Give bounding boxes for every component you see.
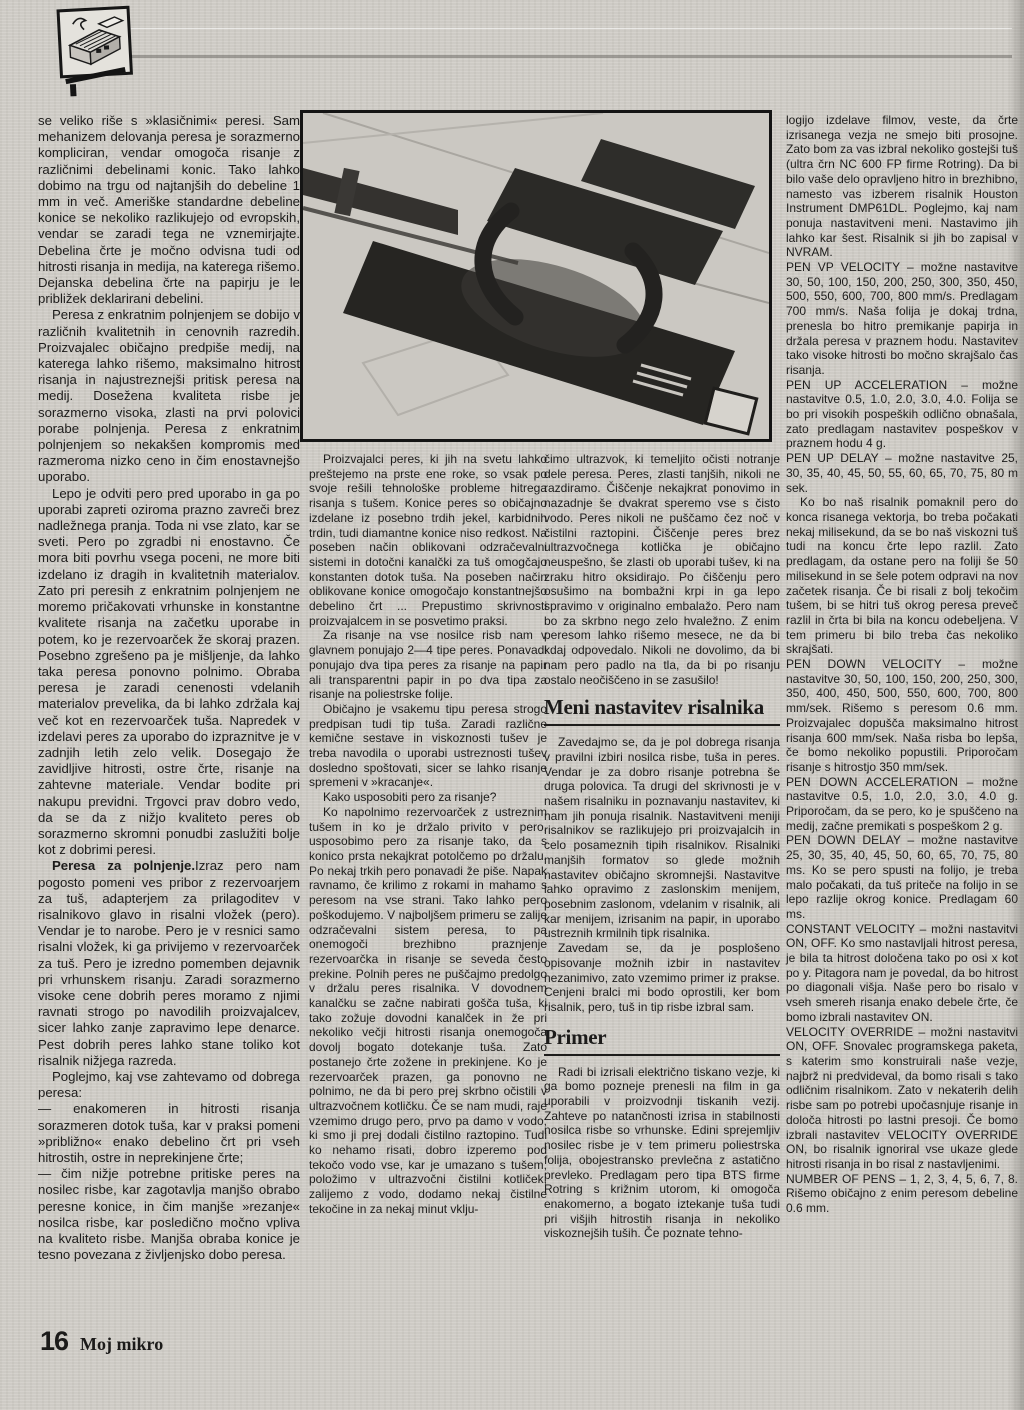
scan-edge-shadow <box>1008 0 1024 1410</box>
runin-paragraph-text: Izraz pero nam pogosto pomeni ves pribor… <box>38 858 300 1067</box>
body-paragraph: Ko bo naš risalnik pomaknil pero do konc… <box>786 495 1018 657</box>
settings-paragraph: PEN DOWN ACCELERATION – možne nastavitve… <box>786 775 1018 834</box>
settings-paragraph: PEN VP VELOCITY – možne nastavitve 30, 5… <box>786 260 1018 378</box>
body-paragraph: Proizvajalci peres, ki jih na svetu lahk… <box>309 452 547 628</box>
runin-heading: Peresa za polnjenje. <box>52 858 195 873</box>
masthead-stripes <box>100 29 1012 55</box>
body-paragraph: logijo izdelave filmov, veste, da črte i… <box>786 113 1018 260</box>
body-paragraph: Zavedam se, da je posplošeno opisovanje … <box>544 941 780 1015</box>
settings-paragraph: NUMBER OF PENS – 1, 2, 3, 4, 5, 6, 7, 8.… <box>786 1172 1018 1216</box>
body-paragraph: Ko napolnimo rezervoarček z ustreznim tu… <box>309 805 547 1217</box>
settings-paragraph: PEN UP DELAY – možne nastavitve 25, 30, … <box>786 451 1018 495</box>
body-paragraph: Običajno je vsakemu tipu peresa strogo p… <box>309 702 547 790</box>
body-paragraph: Lepo je odviti pero pred uporabo in ga p… <box>38 486 300 859</box>
body-paragraph: čimo ultrazvok, ki temeljito očisti notr… <box>544 452 780 687</box>
settings-paragraph: PEN DOWN DELAY – možne nastavitve 25, 30… <box>786 833 1018 921</box>
body-paragraph: Za risanje na vse nosilce risb nam v gla… <box>309 628 547 702</box>
body-paragraph: se veliko riše s »klasičnimi« peresi. Sa… <box>38 113 300 307</box>
heading-rule <box>544 1054 780 1056</box>
plotter-drawing-image <box>52 5 140 101</box>
bullet-paragraph: — čim nižje potrebne pritiske peres na n… <box>38 1166 300 1263</box>
body-paragraph: Peresa za polnjenje.Izraz pero nam pogos… <box>38 858 300 1069</box>
article-column-3: čimo ultrazvok, ki temeljito očisti notr… <box>544 452 780 1241</box>
magazine-name: Moj mikro <box>80 1334 163 1354</box>
body-paragraph: Radi bi izrisali električno tiskano vezj… <box>544 1065 780 1241</box>
article-column-4: logijo izdelave filmov, veste, da črte i… <box>786 113 1018 1216</box>
settings-paragraph: PEN DOWN VELOCITY – možne nastavitve 30,… <box>786 657 1018 775</box>
page-number: 16 <box>40 1326 68 1356</box>
settings-paragraph: CONSTANT VELOCITY – možni nastavitvi ON,… <box>786 922 1018 1025</box>
plotter-pen-carriage-photo <box>300 110 772 442</box>
settings-paragraph: PEN UP ACCELERATION – možne nastavitve 0… <box>786 378 1018 452</box>
bullet-paragraph: — enakomeren in hitrosti risanja sorazme… <box>38 1101 300 1166</box>
body-paragraph: Zavedajmo se, da je pol dobrega risanja … <box>544 735 780 941</box>
section-heading-primer: Primer <box>544 1025 780 1049</box>
body-paragraph: Poglejmo, kaj vse zahtevamo od dobrega p… <box>38 1069 300 1101</box>
magazine-page: se veliko riše s »klasičnimi« peresi. Sa… <box>0 0 1024 1410</box>
page-footer: 16Moj mikro <box>40 1326 163 1357</box>
heading-rule <box>544 724 780 726</box>
article-column-2: Proizvajalci peres, ki jih na svetu lahk… <box>309 452 547 1217</box>
plotter-drawing-icon <box>52 5 140 101</box>
article-column-1: se veliko riše s »klasičnimi« peresi. Sa… <box>38 113 300 1263</box>
section-heading-menu: Meni nastavitev risalnika <box>544 695 780 719</box>
settings-paragraph: VELOCITY OVERRIDE – možni nastavitvi ON,… <box>786 1025 1018 1172</box>
plotter-pen-carriage-image <box>303 113 769 439</box>
body-paragraph: Peresa z enkratnim polnjenjem se dobijo … <box>38 307 300 485</box>
body-paragraph: Kako usposobiti pero za risanje? <box>309 790 547 805</box>
